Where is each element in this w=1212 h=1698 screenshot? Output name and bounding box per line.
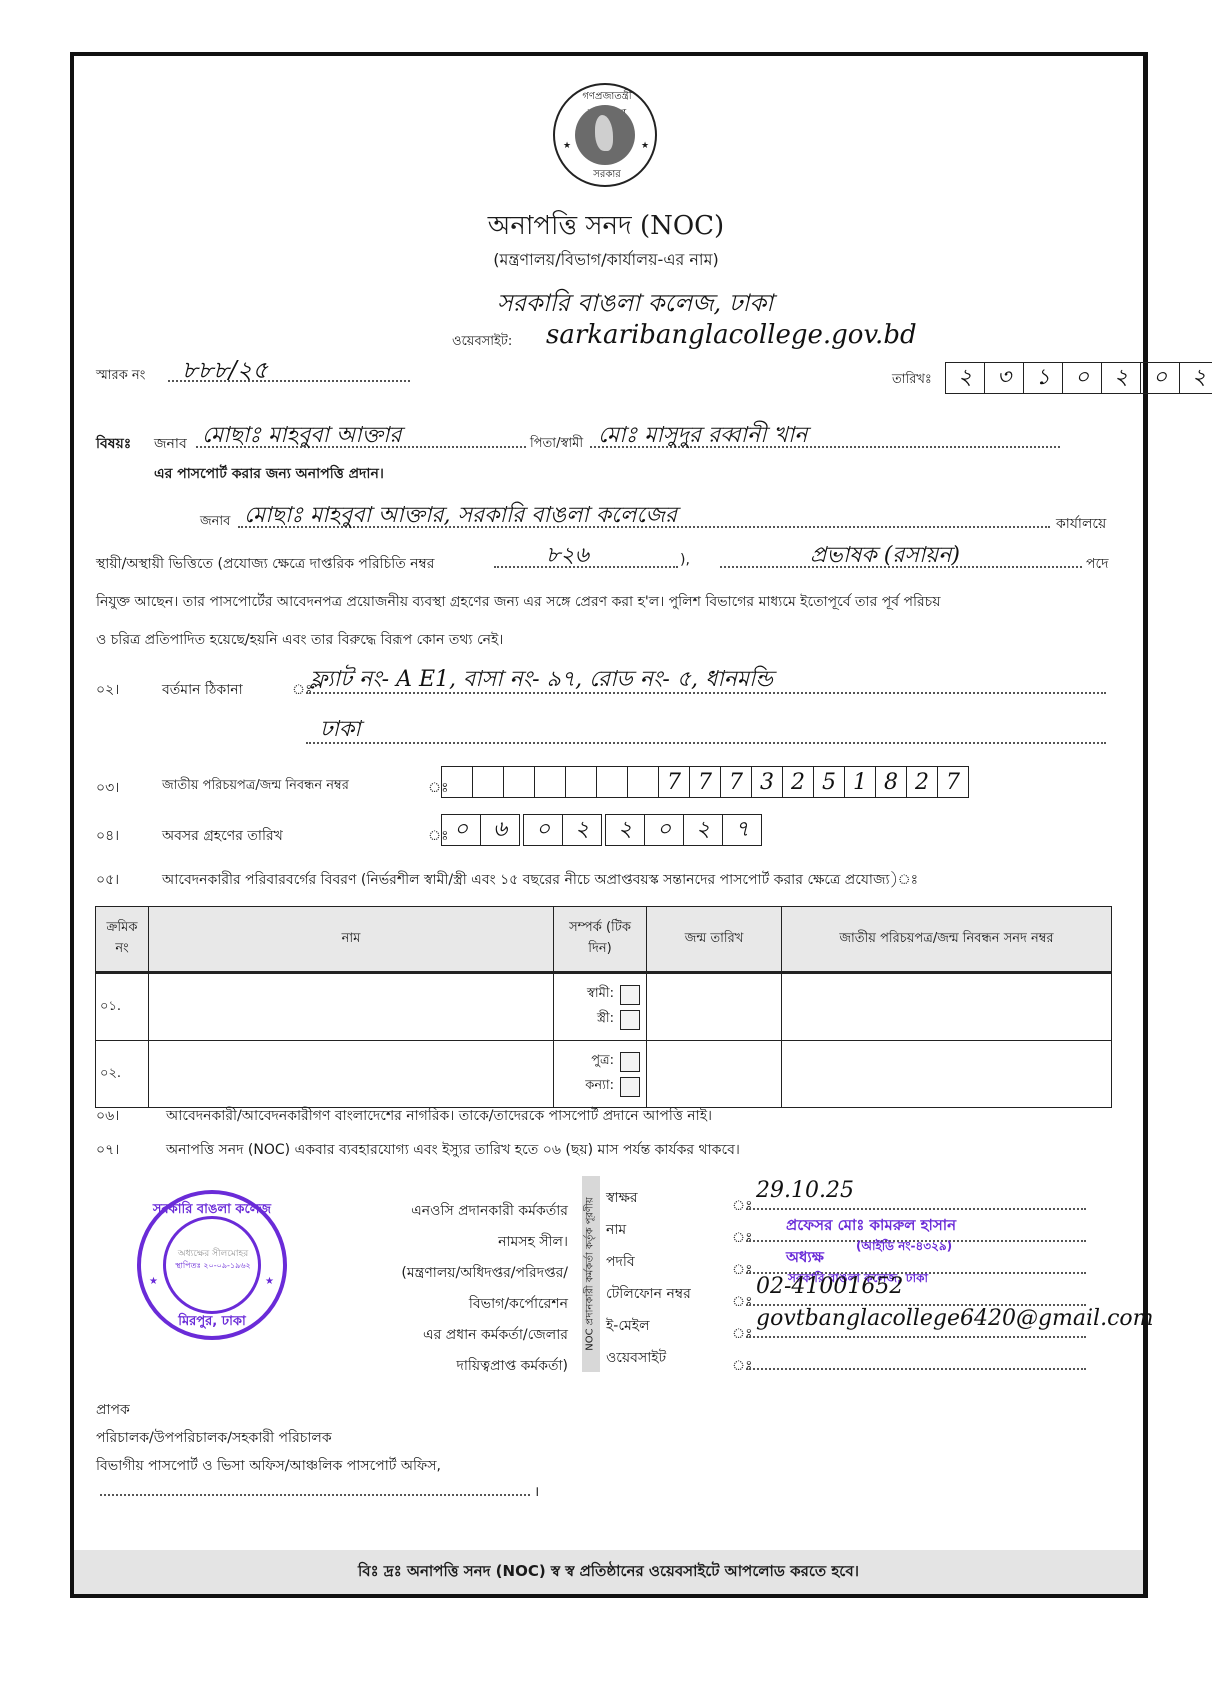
signatory-field-value: প্রফেসর মোঃ কামরুল হাসান [786, 1214, 956, 1239]
signatory-field-label: টেলিফোন নম্বর [606, 1282, 691, 1306]
address-line1-field: ফ্ল্যাট নং- A E1, বাসা নং- ৯৭, রোড নং- ৫… [306, 662, 1106, 694]
recipient-line2: বিভাগীয় পাসপোর্ট ও ভিসা অফিস/আঞ্চলিক পা… [96, 1454, 441, 1478]
relation-checkbox[interactable] [620, 985, 640, 1005]
office-id-field: ৮২৬ [494, 538, 678, 568]
subject-mr-label: জনাব [154, 432, 187, 456]
signatory-field-label: নাম [606, 1218, 626, 1242]
recipient-label: প্রাপক [96, 1398, 130, 1422]
issue-date-boxes: ২৩১০২০২৫ [946, 362, 1212, 394]
digit-box: ০ [441, 814, 481, 846]
seal-middle: অধ্যক্ষের সীলমোহর [165, 1246, 261, 1261]
digit-box: 5 [813, 766, 845, 798]
star-icon: ★ [265, 1276, 274, 1287]
family-num: ০৫। [96, 868, 119, 892]
seal-established: স্থাপিতঃ ২০-০৯-১৯৬২ [165, 1260, 261, 1273]
signatory-description-line: (মন্ত্রণালয়/অধিদপ্তর/পরিদপ্তর/ [340, 1258, 568, 1289]
citizen-num: ০৬। [96, 1104, 119, 1128]
retirement-label: অবসর গ্রহণের তারিখ [162, 824, 283, 848]
parent-name: মোঃ মাসুদুর রব্বানী খান [590, 423, 807, 448]
col-serial: ক্রমিক নং [96, 907, 149, 973]
digit-box [534, 766, 566, 798]
table-row: ০২.পুত্র:কন্যা: [96, 1041, 1112, 1108]
office-suffix: কার্যালয়ে [1056, 512, 1106, 536]
footer-note: বিঃ দ্রঃ অনাপত্তি সনদ (NOC) স্ব স্ব প্রত… [74, 1550, 1143, 1594]
memo-label: স্মারক নং [96, 366, 145, 387]
body-line3: নিযুক্ত আছেন। তার পাসপোর্টের আবেদনপত্র প… [96, 590, 1126, 614]
recipient-line1: পরিচালক/উপপরিচালক/সহকারী পরিচালক [96, 1426, 332, 1450]
dob-cell[interactable] [647, 1041, 782, 1108]
citizen-text: আবেদনকারী/আবেদনকারীগণ বাংলাদেশের নাগরিক।… [166, 1104, 712, 1128]
family-label: আবেদনকারীর পরিবারবর্গের বিবরণ (নির্ভরশীল… [162, 868, 918, 892]
signatory-field-value: অধ্যক্ষ [786, 1246, 824, 1271]
star-icon: ★ [641, 141, 649, 151]
digit-box: 7 [720, 766, 752, 798]
nid-cell[interactable] [782, 1041, 1112, 1108]
website-label: ওয়েবসাইট: [452, 332, 512, 353]
address-line2: ঢাকা [306, 717, 361, 742]
address-label: বর্তমান ঠিকানা [162, 678, 243, 702]
digit-box: ০ [523, 814, 563, 846]
digit-box: 8 [875, 766, 907, 798]
star-icon: ★ [149, 1276, 158, 1287]
digit-box: ০ [1062, 362, 1102, 394]
validity-text: অনাপত্তি সনদ (NOC) একবার ব্যবহারযোগ্য এব… [166, 1138, 740, 1162]
emblem-bottom-text: সরকার [567, 167, 647, 184]
relation-checkbox[interactable] [620, 1052, 640, 1072]
dob-cell[interactable] [647, 973, 782, 1041]
signatory-description-line: এর প্রধান কর্মকর্তা/জেলার [340, 1320, 568, 1351]
address-num: ০২। [96, 678, 119, 702]
signatory-field-line[interactable] [746, 1360, 1086, 1370]
digit-box: 2 [782, 766, 814, 798]
signatory-description-line: নামসহ সীল। [340, 1227, 568, 1258]
vertical-strip: NOC প্রদানকারী কর্মকর্তা কর্তৃক পূরণীয় [582, 1176, 600, 1372]
signatory-description: এনওসি প্রদানকারী কর্মকর্তারনামসহ সীল।(মন… [340, 1196, 568, 1382]
body-name-office-field: মোছাঃ মাহবুবা আক্তার, সরকারি বাঙলা কলেজে… [238, 498, 1050, 528]
relation-label: স্বামী: [587, 984, 614, 1005]
address-line1: ফ্ল্যাট নং- A E1, বাসা নং- ৯৭, রোড নং- ৫… [306, 667, 773, 692]
footer-note-text: বিঃ দ্রঃ অনাপত্তি সনদ (NOC) স্ব স্ব প্রত… [358, 1560, 859, 1585]
digit-box: 1 [844, 766, 876, 798]
digit-box: 7 [689, 766, 721, 798]
nid-label: জাতীয় পরিচয়পত্র/জন্ম নিবন্ধন নম্বর [162, 776, 349, 797]
digit-box: ২ [945, 362, 985, 394]
nid-boxes: 7773251827 [442, 766, 969, 798]
relation-cell: পুত্র:কন্যা: [554, 1041, 647, 1108]
col-name: নাম [149, 907, 554, 973]
digit-box: ১ [1023, 362, 1063, 394]
signatory-field-label: পদবি [606, 1250, 635, 1274]
digit-box: ২ [562, 814, 602, 846]
digit-box: 7 [658, 766, 690, 798]
relation-checkbox[interactable] [620, 1010, 640, 1030]
signatory-field-label: স্বাক্ষর [606, 1186, 638, 1210]
signatory-field-row: নামঃপ্রফেসর মোঃ কামরুল হাসান(আইডি নং-৪৩২… [606, 1214, 1106, 1246]
signatory-field-label: ওয়েবসাইট [606, 1346, 666, 1370]
nid-num: ০৩। [96, 776, 119, 800]
subject-label: বিষয়ঃ [96, 432, 131, 456]
digit-box [565, 766, 597, 798]
vertical-strip-text: NOC প্রদানকারী কর্মকর্তা কর্তৃক পূরণীয় [583, 1197, 600, 1350]
digit-box: ৭ [722, 814, 762, 846]
body-line4: ও চরিত্র প্রতিপাদিত হয়েছে/হয়নি এবং তার… [96, 628, 503, 652]
designation: প্রভাষক (রসায়ন) [720, 543, 960, 568]
signatory-description-line: দায়িত্বপ্রাপ্ত কর্মকর্তা) [340, 1351, 568, 1382]
applicant-name: মোছাঃ মাহবুবা আক্তার [196, 423, 401, 448]
nid-cell[interactable] [782, 973, 1112, 1041]
col-relation: সম্পর্ক (টিক দিন) [554, 907, 647, 973]
digit-box [441, 766, 473, 798]
digit-box: 3 [751, 766, 783, 798]
retirement-month-boxes: ০২ [524, 814, 602, 846]
signatory-field-row: ই-মেইলঃgovtbanglacollege6420@gmail.com [606, 1310, 1106, 1342]
address-line2-field: ঢাকা [306, 712, 1106, 744]
applicant-name-field: মোছাঃ মাহবুবা আক্তার [196, 418, 526, 448]
subject-line2: এর পাসপোর্ট করার জন্য অনাপত্তি প্রদান। [154, 462, 384, 486]
family-table: ক্রমিক নং নাম সম্পর্ক (টিক দিন) জন্ম তার… [95, 906, 1112, 1108]
document-title: অনাপত্তি সনদ (NOC) [0, 205, 1212, 249]
digit-box [472, 766, 504, 798]
designation-suffix: পদে [1086, 552, 1108, 576]
relation-label: কন্যা: [585, 1076, 614, 1097]
digit-box [503, 766, 535, 798]
digit-box: ২ [1101, 362, 1141, 394]
digit-box: ০ [1140, 362, 1180, 394]
parent-label: পিতা/স্বামী [530, 434, 583, 455]
website-value: sarkaribanglacollege.gov.bd [546, 320, 917, 350]
document-subtitle: (মন্ত্রণালয়/বিভাগ/কার্যালয়-এর নাম) [0, 247, 1212, 274]
signatory-description-line: এনওসি প্রদানকারী কর্মকর্তার [340, 1196, 568, 1227]
col-nid: জাতীয় পরিচয়পত্র/জন্ম নিবন্ধন সনদ নম্বর [782, 907, 1112, 973]
office-name: সরকারি বাঙলা কলেজ, ঢাকা [410, 285, 860, 325]
digit-box: ৩ [984, 362, 1024, 394]
signatory-field-row: ওয়েবসাইটঃ [606, 1342, 1106, 1374]
body-mr-label: জনাব [200, 512, 230, 533]
relation-cell: স্বামী:স্ত্রী: [554, 973, 647, 1041]
digit-box: 2 [906, 766, 938, 798]
signatory-field-label: ই-মেইল [606, 1314, 650, 1338]
signatory-fields: স্বাক্ষরঃ29.10.25নামঃপ্রফেসর মোঃ কামরুল … [606, 1182, 1106, 1374]
date-label: তারিখঃ [892, 370, 932, 391]
body-line2-prefix: স্থায়ী/অস্থায়ী ভিত্তিতে (প্রযোজ্য ক্ষে… [96, 552, 434, 576]
relation-label: পুত্র: [591, 1051, 614, 1072]
serial-cell: ০২. [96, 1041, 149, 1108]
star-icon: ★ [563, 141, 571, 151]
digit-box [627, 766, 659, 798]
memo-value: ৮৮৮/২৫ [168, 356, 268, 384]
college-seal-icon: সরকারি বাঙলা কলেজ অধ্যক্ষের সীলমোহর স্থা… [137, 1190, 287, 1340]
bangladesh-govt-emblem-icon: গণপ্রজাতন্ত্রী বাংলাদেশ ★ ★ সরকার [553, 83, 657, 187]
signatory-field-value: 02-41001652 [756, 1274, 903, 1299]
retirement-year-boxes: ২০২৭ [606, 814, 762, 846]
digit-box [596, 766, 628, 798]
signatory-field-value: govtbanglacollege6420@gmail.com [756, 1306, 1154, 1331]
digit-box: ২ [605, 814, 645, 846]
serial-cell: ০১. [96, 973, 149, 1041]
office-id: ৮২৬ [494, 543, 589, 568]
relation-label: স্ত্রী: [597, 1009, 614, 1030]
designation-field: প্রভাষক (রসায়ন) [720, 538, 1082, 568]
digit-box: ৬ [480, 814, 520, 846]
table-row: ০১.স্বামী:স্ত্রী: [96, 973, 1112, 1041]
digit-box: ২ [683, 814, 723, 846]
digit-box: 7 [937, 766, 969, 798]
digit-box: ২ [1179, 362, 1212, 394]
seal-bottom: মিরপুর, ঢাকা [141, 1312, 283, 1333]
digit-box: ০ [644, 814, 684, 846]
signatory-field-value: 29.10.25 [756, 1178, 854, 1203]
name-cell[interactable] [149, 1041, 554, 1108]
validity-num: ০৭। [96, 1138, 119, 1162]
col-dob: জন্ম তারিখ [647, 907, 782, 973]
parent-name-field: মোঃ মাসুদুর রব্বানী খান [590, 418, 1060, 448]
retirement-num: ০৪। [96, 824, 119, 848]
name-cell[interactable] [149, 973, 554, 1041]
retirement-day-boxes: ০৬ [442, 814, 520, 846]
recipient-office-field [100, 1478, 530, 1496]
signatory-field-row: স্বাক্ষরঃ29.10.25 [606, 1182, 1106, 1214]
relation-checkbox[interactable] [620, 1077, 640, 1097]
body-name-office: মোছাঃ মাহবুবা আক্তার, সরকারি বাঙলা কলেজে… [238, 503, 677, 528]
signatory-description-line: বিভাগ/কর্পোরেশন [340, 1289, 568, 1320]
memo-field: ৮৮৮/২৫ [168, 352, 410, 382]
